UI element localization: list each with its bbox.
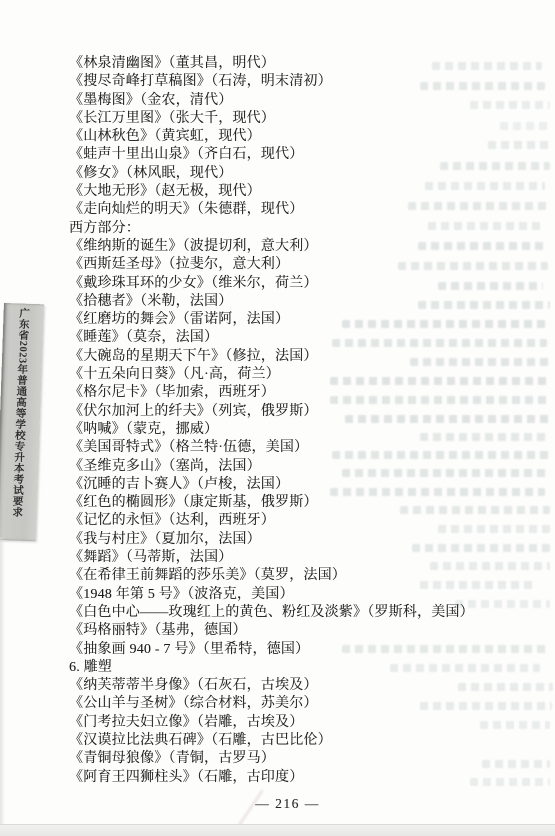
- artwork-line: 《西斯廷圣母》（拉斐尔，意大利）: [69, 256, 549, 274]
- artwork-line: 《公山羊与圣树》（综合材料，苏美尔）: [69, 695, 549, 713]
- artwork-line: 《戴珍珠耳环的少女》（维米尔，荷兰）: [69, 275, 549, 293]
- artwork-line: 《呐喊》（蒙克，挪威）: [69, 421, 549, 439]
- artwork-line: 《1948 年第 5 号》（波洛克，美国）: [69, 586, 549, 604]
- artwork-line: 《青铜母狼像》（青铜，古罗马）: [69, 750, 549, 768]
- artwork-line: 《林泉清幽图》（董其昌，明代）: [69, 55, 549, 73]
- artwork-line: 《阿育王四狮柱头》（石雕，古印度）: [69, 769, 549, 787]
- artwork-line: 《门考拉夫妇立像》（岩雕，古埃及）: [69, 714, 549, 732]
- artwork-line: 《纳芙蒂蒂半身像》（石灰石，古埃及）: [69, 677, 549, 695]
- artwork-line: 《修女》（林风眠，现代）: [69, 165, 549, 183]
- artwork-line: 《睡莲》（莫奈，法国）: [69, 329, 549, 347]
- artwork-line: 《大地无形》（赵无极，现代）: [69, 183, 549, 201]
- scan-edge-bottom: [0, 824, 555, 836]
- artwork-line: 《红磨坊的舞会》（雷诺阿，法国）: [69, 311, 549, 329]
- artwork-line: 《格尔尼卡》（毕加索，西班牙）: [69, 384, 549, 402]
- section-heading: 西方部分：: [69, 220, 549, 238]
- artwork-line: 《十五朵向日葵》（凡·高，荷兰）: [69, 366, 549, 384]
- artwork-line: 《山林秋色》（黄宾虹，现代）: [69, 128, 549, 146]
- artwork-line: 《走向灿烂的明天》（朱德群，现代）: [69, 201, 549, 219]
- scan-edge-left: [0, 537, 5, 825]
- book-spine-label: 广东省2023年普通高等学校专升本考试要求: [0, 303, 44, 541]
- scanned-document-page: 《林泉清幽图》（董其昌，明代）《搜尽奇峰打草稿图》（石涛，明末清初）《墨梅图》（…: [0, 0, 555, 836]
- artwork-list: 《林泉清幽图》（董其昌，明代）《搜尽奇峰打草稿图》（石涛，明末清初）《墨梅图》（…: [69, 55, 549, 787]
- spine-vertical-text: 广东省2023年普通高等学校专升本考试要求: [8, 303, 31, 540]
- artwork-line: 《长江万里图》（张大千，现代）: [69, 110, 549, 128]
- artwork-line: 《搜尽奇峰打草稿图》（石涛，明末清初）: [69, 73, 549, 91]
- artwork-line: 《圣维克多山》（塞尚，法国）: [69, 458, 549, 476]
- artwork-line: 《美国哥特式》（格兰特·伍德，美国）: [69, 439, 549, 457]
- artwork-line: 《维纳斯的诞生》（波提切利，意大利）: [69, 238, 549, 256]
- artwork-line: 《我与村庄》（夏加尔，法国）: [69, 531, 549, 549]
- artwork-line: 《记忆的永恒》（达利，西班牙）: [69, 512, 549, 530]
- artwork-line: 《红色的椭圆形》（康定斯基，俄罗斯）: [69, 494, 549, 512]
- artwork-line: 《沉睡的吉卜赛人》（卢梭，法国）: [69, 476, 549, 494]
- artwork-line: 《拾穗者》（米勒，法国）: [69, 293, 549, 311]
- artwork-line: 《玛格丽特》（基弗，德国）: [69, 622, 549, 640]
- artwork-line: 《抽象画 940 - 7 号》（里希特，德国）: [69, 641, 549, 659]
- page-number: — 216 —: [10, 796, 555, 812]
- artwork-line: 《墨梅图》（金农，清代）: [69, 92, 549, 110]
- artwork-line: 《舞蹈》（马蒂斯，法国）: [69, 549, 549, 567]
- artwork-line: 《大碗岛的星期天下午》（修拉，法国）: [69, 348, 549, 366]
- artwork-line: 《伏尔加河上的纤夫》（列宾，俄罗斯）: [69, 403, 549, 421]
- section-heading: 6. 雕塑: [69, 659, 549, 677]
- artwork-line: 《蛙声十里出山泉》（齐白石，现代）: [69, 146, 549, 164]
- artwork-line: 《白色中心——玫瑰红上的黄色、粉红及淡紫》（罗斯科，美国）: [69, 604, 549, 622]
- artwork-line: 《在希律王前舞蹈的莎乐美》（莫罗，法国）: [69, 567, 549, 585]
- artwork-line: 《汉谟拉比法典石碑》（石雕，古巴比伦）: [69, 732, 549, 750]
